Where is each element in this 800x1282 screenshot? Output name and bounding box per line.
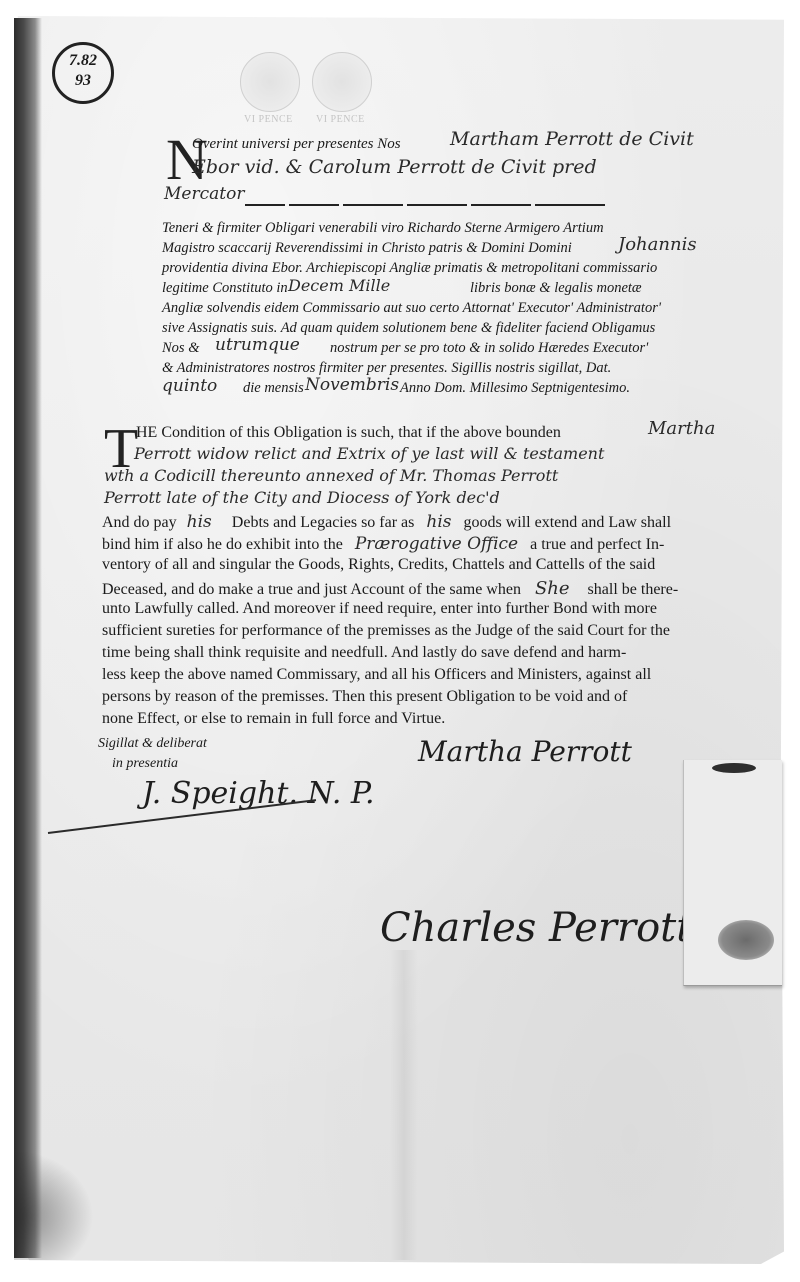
condition-line3-manuscript: wth a Codicill thereunto annexed of Mr. … bbox=[104, 466, 558, 485]
condition-line-inventory: ventory of all and singular the Goods, R… bbox=[102, 556, 655, 574]
attestation-label-line1: Sigillat & deliberat bbox=[98, 736, 207, 752]
archbishop-name-manuscript: Johannis bbox=[618, 234, 697, 255]
signature-charles-perrott: Charles Perrott bbox=[380, 905, 692, 951]
preamble-line-nos: Nos & bbox=[162, 340, 199, 357]
line5-mid: Debts and Legacies so far as bbox=[232, 514, 415, 531]
paper-fold bbox=[390, 950, 418, 1260]
condition-line1-printed: HE Condition of this Obligation is such,… bbox=[136, 424, 561, 442]
stamp-ref-line2: 93 bbox=[55, 71, 111, 91]
preamble-line-providentia: providentia divina Ebor. Archiepiscopi A… bbox=[162, 260, 657, 277]
condition-line-less-keep: less keep the above named Commissary, an… bbox=[102, 666, 651, 684]
preamble-line2-manuscript: Ebor vid. & Carolum Perrott de Civit pre… bbox=[192, 156, 597, 178]
account-ms: She bbox=[535, 578, 570, 599]
account-tail: shall be there- bbox=[588, 581, 679, 598]
line6-post: a true and perfect In- bbox=[530, 536, 664, 553]
attestation-label-line2: in presentia bbox=[112, 756, 178, 772]
each-tail: nostrum per se pro toto & in solido Hære… bbox=[330, 340, 648, 357]
preamble-line-legitime: legitime Constituto in bbox=[162, 280, 288, 297]
sum-tail: libris bonæ & legalis monetæ bbox=[470, 280, 642, 297]
condition-line6: bind him if also he do exhibit into the … bbox=[102, 534, 664, 554]
preamble-die-mensis: die mensis bbox=[243, 380, 304, 397]
condition-line-time-being: time being shall think requisite and nee… bbox=[102, 644, 626, 662]
wax-seal-top-icon bbox=[712, 763, 756, 773]
wax-seal-icon bbox=[718, 920, 774, 960]
condition-line-persons: persons by reason of the premisses. Then… bbox=[102, 688, 627, 706]
condition-line-lawfully: unto Lawfully called. And moreover if ne… bbox=[102, 600, 657, 618]
month-manuscript: Novembris bbox=[305, 375, 399, 395]
condition-line-deceased: Deceased, and do make a true and just Ac… bbox=[102, 578, 678, 599]
line6-mid: do exhibit into the bbox=[226, 536, 343, 553]
preamble-line-teneri: Teneri & firmiter Obligari venerabili vi… bbox=[162, 220, 604, 237]
each-manuscript: utrumque bbox=[215, 335, 300, 355]
line5-ms1: his bbox=[187, 512, 212, 532]
condition-line-none-effect: none Effect, or else to remain in full f… bbox=[102, 710, 445, 728]
revenue-emboss-stamp-icon bbox=[240, 52, 300, 112]
preamble-line1-printed: Overint universi per presentes Nos bbox=[192, 136, 401, 153]
line6-ms: Prærogative Office bbox=[355, 534, 518, 554]
line5-post: goods will extend and Law shall bbox=[464, 514, 672, 531]
revenue-stamp-label: VI PENCE bbox=[244, 114, 293, 125]
signature-martha-perrott: Martha Perrott bbox=[418, 735, 632, 768]
condition-line4-manuscript: Perrott late of the City and Diocess of … bbox=[104, 488, 500, 507]
condition-line5: And do pay his Debts and Legacies so far… bbox=[102, 512, 671, 532]
binding-spine bbox=[14, 18, 42, 1258]
preamble-anno-domini: Anno Dom. Millesimo Septnigentesimo. bbox=[400, 380, 630, 397]
preamble-line-angliae: Angliæ solvendis eidem Commissario aut s… bbox=[162, 300, 661, 317]
stamp-ref-line1: 7.82 bbox=[55, 51, 111, 71]
revenue-stamp-label: VI PENCE bbox=[316, 114, 365, 125]
preamble-line-magistro: Magistro scaccarij Reverendissimi in Chr… bbox=[162, 240, 572, 257]
sum-manuscript: Decem Mille bbox=[288, 276, 390, 295]
day-manuscript: quinto bbox=[162, 376, 217, 396]
preamble-line1-manuscript: Martham Perrott de Civit bbox=[450, 128, 694, 150]
filler-dashes bbox=[245, 196, 605, 214]
preamble-line3-manuscript: Mercator bbox=[164, 184, 244, 204]
condition-line2-manuscript: Perrott widow relict and Extrix of ye la… bbox=[134, 444, 604, 463]
deceased-text: Deceased, and do make a true and just Ac… bbox=[102, 581, 521, 598]
paper-stain bbox=[14, 1150, 94, 1260]
condition-line-sureties: sufficient sureties for performance of t… bbox=[102, 622, 670, 640]
archive-reference-stamp: 7.82 93 bbox=[52, 42, 114, 104]
revenue-emboss-stamp-icon bbox=[312, 52, 372, 112]
line5-pre: And do pay bbox=[102, 514, 177, 531]
line5-ms2: his bbox=[426, 512, 451, 532]
condition-line1-manuscript: Martha bbox=[648, 418, 715, 439]
line6-pre: bind him if also he bbox=[102, 536, 222, 553]
